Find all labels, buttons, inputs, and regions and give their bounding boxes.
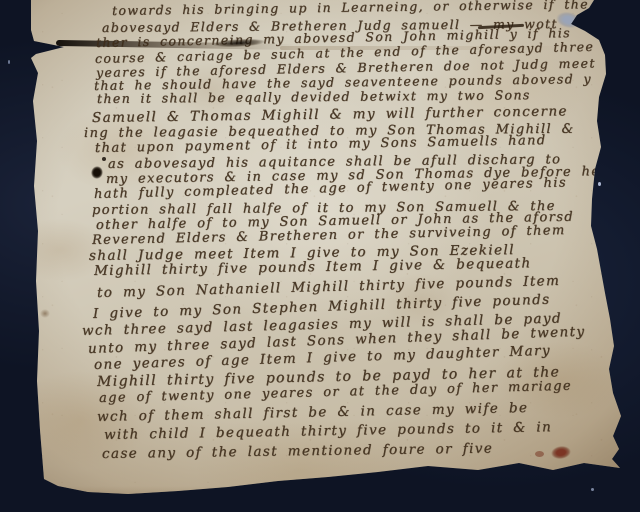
manuscript-photo: towards his bringing up in Learneing, or… [0, 0, 640, 512]
dust-speck [591, 488, 594, 491]
manuscript-line: case any of the last mentioned foure or … [102, 441, 493, 462]
manuscript-paper: towards his bringing up in Learneing, or… [0, 0, 640, 512]
manuscript-line: towards his bringing up in Learneing, or… [112, 0, 589, 18]
manuscript-line: then it shall be eqally devided betwixt … [97, 87, 531, 106]
margin-stain [40, 309, 50, 318]
ink-speck [102, 157, 106, 161]
red-wax-stain-small [535, 451, 544, 457]
handwritten-text-block: towards his bringing up in Learneing, or… [0, 0, 640, 512]
dust-speck [598, 182, 601, 186]
dust-speck [8, 60, 10, 64]
